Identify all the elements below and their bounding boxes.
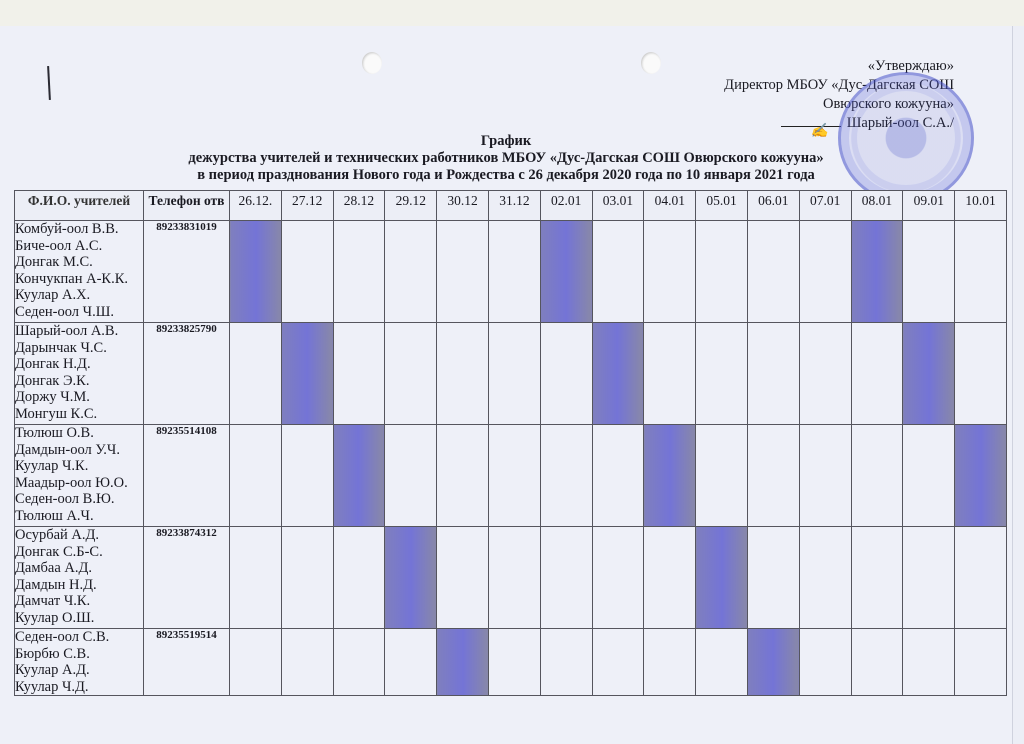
staff-name: Куулар А.Д. <box>15 662 143 679</box>
header-date: 10.01 <box>955 191 1007 221</box>
day-cell <box>592 221 644 323</box>
staff-name: Доржу Ч.М. <box>15 389 143 406</box>
staff-name: Комбуй-оол В.В. <box>15 221 143 238</box>
day-cell <box>333 629 385 696</box>
day-cell <box>385 629 437 696</box>
day-cell <box>799 527 851 629</box>
day-cell <box>437 425 489 527</box>
duty-day-cell <box>592 323 644 425</box>
scan-top-margin <box>0 0 1024 26</box>
punch-hole <box>362 52 382 74</box>
day-cell <box>799 221 851 323</box>
staff-name: Биче-оол А.С. <box>15 238 143 255</box>
day-cell <box>281 527 333 629</box>
day-cell <box>540 527 592 629</box>
staff-name: Куулар Ч.Д. <box>15 679 143 696</box>
day-cell <box>230 425 282 527</box>
header-date: 26.12. <box>230 191 282 221</box>
header-date: 05.01 <box>696 191 748 221</box>
day-cell <box>799 629 851 696</box>
staff-name: Бюрбю С.В. <box>15 646 143 663</box>
day-cell <box>385 221 437 323</box>
header-phone: Телефон отв <box>144 191 230 221</box>
day-cell <box>903 425 955 527</box>
staff-names-cell: Шарый-оол А.В.Дарынчак Ч.С.Донгак Н.Д.До… <box>15 323 144 425</box>
day-cell <box>592 629 644 696</box>
document-title: График дежурства учителей и технических … <box>0 133 1012 184</box>
staff-name: Тюлюш А.Ч. <box>15 508 143 525</box>
duty-day-cell <box>385 527 437 629</box>
day-cell <box>747 221 799 323</box>
staff-name: Седен-оол С.В. <box>15 629 143 646</box>
duty-day-cell <box>230 221 282 323</box>
duty-group-row: Седен-оол С.В.Бюрбю С.В.Куулар А.Д.Куула… <box>15 629 1007 696</box>
duty-day-cell <box>281 323 333 425</box>
duty-day-cell <box>955 425 1007 527</box>
approval-signature-line: ✍Шарый-оол С.А./ <box>724 114 954 133</box>
day-cell <box>281 221 333 323</box>
day-cell <box>385 323 437 425</box>
day-cell <box>592 425 644 527</box>
director-name: Шарый-оол С.А./ <box>847 115 954 131</box>
staff-name: Дамдын Н.Д. <box>15 577 143 594</box>
staff-name: Донгак С.Б-С. <box>15 544 143 561</box>
day-cell <box>644 221 696 323</box>
day-cell <box>592 527 644 629</box>
duty-day-cell <box>851 221 903 323</box>
day-cell <box>696 221 748 323</box>
staff-name: Маадыр-оол Ю.О. <box>15 475 143 492</box>
header-date: 07.01 <box>799 191 851 221</box>
staff-names-cell: Тюлюш О.В.Дамдын-оол У.Ч.Куулар Ч.К.Маад… <box>15 425 144 527</box>
approval-line: Директор МБОУ «Дус-Дагская СОШ <box>724 76 954 95</box>
day-cell <box>644 629 696 696</box>
day-cell <box>696 629 748 696</box>
day-cell <box>851 323 903 425</box>
staff-name: Донгак Э.К. <box>15 373 143 390</box>
duty-day-cell <box>437 629 489 696</box>
duty-day-cell <box>696 527 748 629</box>
signature-line: ✍ <box>781 126 841 127</box>
day-cell <box>488 629 540 696</box>
staff-name: Монгуш К.С. <box>15 406 143 423</box>
staff-name: Дарынчак Ч.С. <box>15 340 143 357</box>
header-date: 28.12 <box>333 191 385 221</box>
staff-name: Дамдын-оол У.Ч. <box>15 442 143 459</box>
phone-cell: 89233825790 <box>144 323 230 425</box>
duty-day-cell <box>540 221 592 323</box>
staff-names-cell: Комбуй-оол В.В.Биче-оол А.С.Донгак М.С.К… <box>15 221 144 323</box>
day-cell <box>696 425 748 527</box>
day-cell <box>437 323 489 425</box>
duty-group-row: Шарый-оол А.В.Дарынчак Ч.С.Донгак Н.Д.До… <box>15 323 1007 425</box>
day-cell <box>437 221 489 323</box>
title-heading: График <box>0 133 1012 150</box>
day-cell <box>696 323 748 425</box>
day-cell <box>747 323 799 425</box>
staff-name: Куулар О.Ш. <box>15 610 143 627</box>
day-cell <box>644 527 696 629</box>
day-cell <box>281 629 333 696</box>
duty-group-row: Осурбай А.Д.Донгак С.Б-С.Дамбаа А.Д.Дамд… <box>15 527 1007 629</box>
day-cell <box>540 629 592 696</box>
phone-cell: 89235519514 <box>144 629 230 696</box>
day-cell <box>747 425 799 527</box>
day-cell <box>230 629 282 696</box>
staff-name: Седен-оол В.Ю. <box>15 491 143 508</box>
header-date: 04.01 <box>644 191 696 221</box>
day-cell <box>955 221 1007 323</box>
day-cell <box>955 629 1007 696</box>
title-period: в период празднования Нового года и Рожд… <box>0 167 1012 184</box>
header-date: 02.01 <box>540 191 592 221</box>
staff-name: Дамчат Ч.К. <box>15 593 143 610</box>
duty-group-row: Тюлюш О.В.Дамдын-оол У.Ч.Куулар Ч.К.Маад… <box>15 425 1007 527</box>
staff-name: Осурбай А.Д. <box>15 527 143 544</box>
punch-hole <box>641 52 661 74</box>
duty-group-row: Комбуй-оол В.В.Биче-оол А.С.Донгак М.С.К… <box>15 221 1007 323</box>
day-cell <box>540 323 592 425</box>
duty-day-cell <box>644 425 696 527</box>
header-date: 29.12 <box>385 191 437 221</box>
header-date: 08.01 <box>851 191 903 221</box>
duty-day-cell <box>747 629 799 696</box>
header-date: 03.01 <box>592 191 644 221</box>
staff-name: Шарый-оол А.В. <box>15 323 143 340</box>
header-date: 27.12 <box>281 191 333 221</box>
title-subtitle: дежурства учителей и технических работни… <box>0 150 1012 167</box>
header-date: 30.12 <box>437 191 489 221</box>
staff-name: Кончукпан А-К.К. <box>15 271 143 288</box>
day-cell <box>851 629 903 696</box>
header-date: 31.12 <box>488 191 540 221</box>
header-date: 09.01 <box>903 191 955 221</box>
day-cell <box>488 425 540 527</box>
staff-name: Дамбаа А.Д. <box>15 560 143 577</box>
staff-name: Куулар А.Х. <box>15 287 143 304</box>
day-cell <box>747 527 799 629</box>
day-cell <box>799 425 851 527</box>
day-cell <box>955 527 1007 629</box>
duty-day-cell <box>333 425 385 527</box>
phone-cell: 89235514108 <box>144 425 230 527</box>
staff-names-cell: Осурбай А.Д.Донгак С.Б-С.Дамбаа А.Д.Дамд… <box>15 527 144 629</box>
day-cell <box>644 323 696 425</box>
day-cell <box>488 221 540 323</box>
header-date: 06.01 <box>747 191 799 221</box>
staff-name: Донгак М.С. <box>15 254 143 271</box>
day-cell <box>903 221 955 323</box>
day-cell <box>230 323 282 425</box>
day-cell <box>955 323 1007 425</box>
staff-names-cell: Седен-оол С.В.Бюрбю С.В.Куулар А.Д.Куула… <box>15 629 144 696</box>
header-name: Ф.И.О. учителей <box>15 191 144 221</box>
day-cell <box>333 221 385 323</box>
staff-name: Седен-оол Ч.Ш. <box>15 304 143 321</box>
day-cell <box>333 323 385 425</box>
approval-line: «Утверждаю» <box>724 57 954 76</box>
approval-block: «Утверждаю» Директор МБОУ «Дус-Дагская С… <box>724 57 954 133</box>
phone-cell: 89233831019 <box>144 221 230 323</box>
phone-cell: 89233874312 <box>144 527 230 629</box>
day-cell <box>540 425 592 527</box>
duty-schedule-table: Ф.И.О. учителей Телефон отв 26.12.27.122… <box>14 190 1007 696</box>
day-cell <box>851 527 903 629</box>
day-cell <box>488 323 540 425</box>
day-cell <box>851 425 903 527</box>
staff-name: Донгак Н.Д. <box>15 356 143 373</box>
approval-line: Овюрского кожууна» <box>724 95 954 114</box>
day-cell <box>333 527 385 629</box>
day-cell <box>488 527 540 629</box>
staff-name: Тюлюш О.В. <box>15 425 143 442</box>
day-cell <box>230 527 282 629</box>
day-cell <box>903 629 955 696</box>
day-cell <box>385 425 437 527</box>
day-cell <box>437 527 489 629</box>
day-cell <box>281 425 333 527</box>
staff-name: Куулар Ч.К. <box>15 458 143 475</box>
duty-day-cell <box>903 323 955 425</box>
day-cell <box>903 527 955 629</box>
day-cell <box>799 323 851 425</box>
header-row: Ф.И.О. учителей Телефон отв 26.12.27.122… <box>15 191 1007 221</box>
